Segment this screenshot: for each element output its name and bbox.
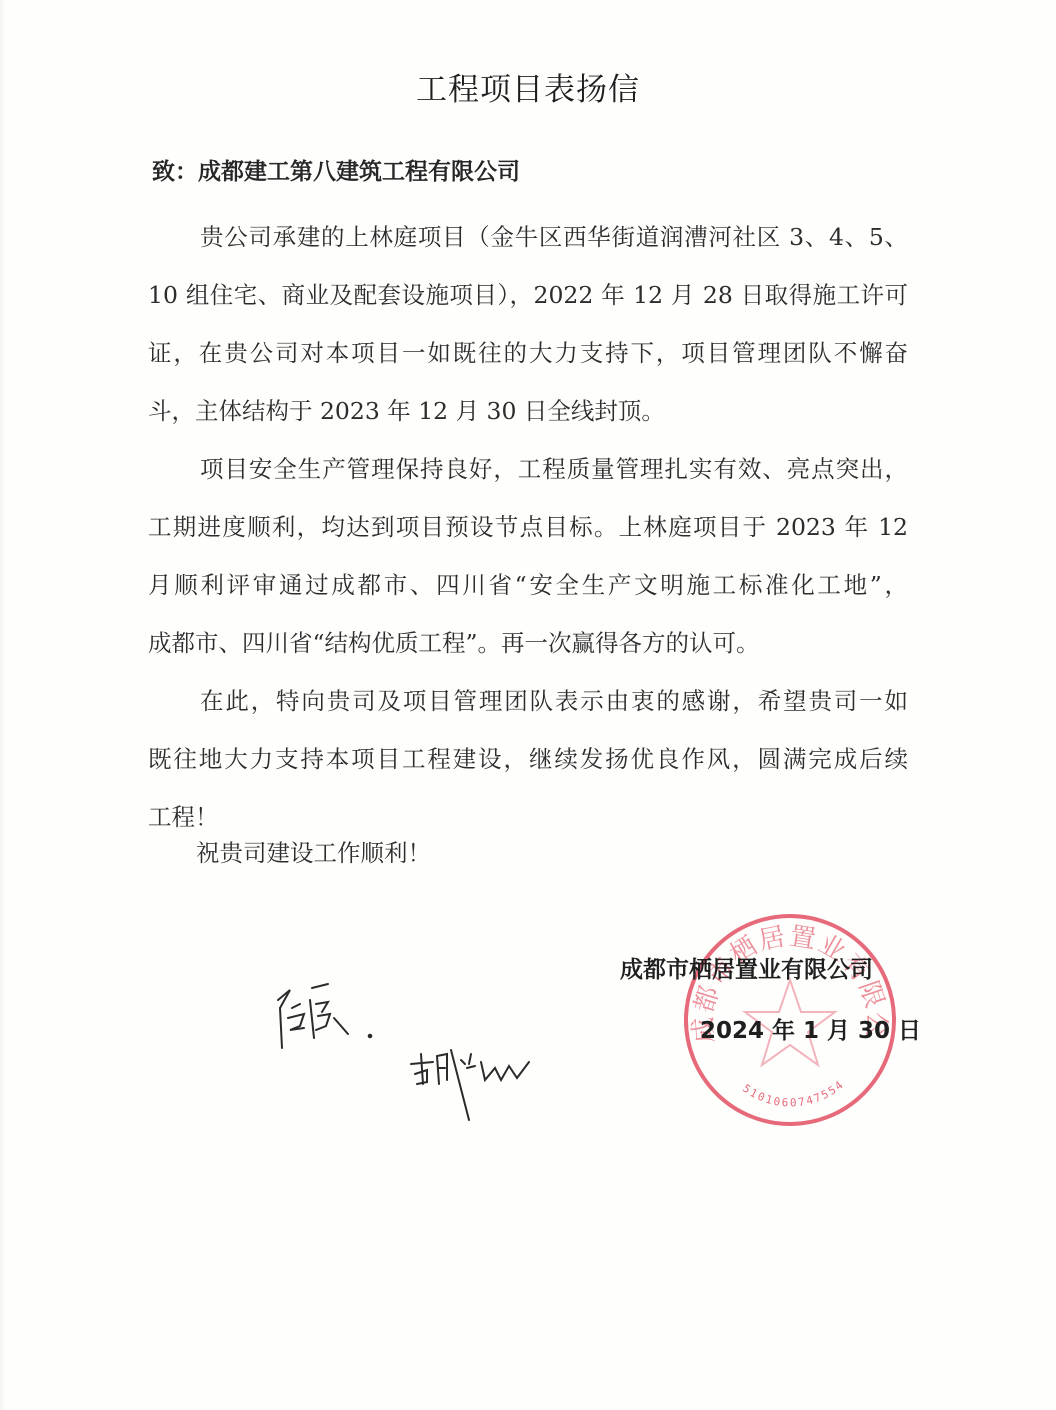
page-edge bbox=[0, 0, 6, 1410]
document-title: 工程项目表扬信 bbox=[0, 64, 1056, 109]
body-line: 贵公司承建的上林庭项目（金牛区西华街道润漕河社区 3、4、5、 bbox=[148, 208, 908, 266]
handwritten-signature-icon bbox=[270, 978, 400, 1058]
svg-text:5101060747554: 5101060747554 bbox=[740, 1077, 847, 1109]
handwritten-signature-icon bbox=[405, 1040, 535, 1130]
recipient-line: 致：成都建工第八建筑工程有限公司 bbox=[152, 153, 520, 186]
body-line: 10 组住宅、商业及配套设施项目），2022 年 12 月 28 日取得施工许可 bbox=[148, 266, 908, 324]
body-line: 证，在贵公司对本项目一如既往的大力支持下，项目管理团队不懈奋 bbox=[148, 324, 908, 382]
signature-date: 2024 年 1 月 30 日 bbox=[700, 1012, 921, 1045]
body-line: 成都市、四川省“结构优质工程”。再一次赢得各方的认可。 bbox=[148, 614, 908, 672]
letter-page: 工程项目表扬信 致：成都建工第八建筑工程有限公司 贵公司承建的上林庭项目（金牛区… bbox=[0, 0, 1056, 1410]
body-line: 项目安全生产管理保持良好，工程质量管理扎实有效、亮点突出， bbox=[148, 440, 908, 498]
letter-body: 贵公司承建的上林庭项目（金牛区西华街道润漕河社区 3、4、5、 10 组住宅、商… bbox=[148, 208, 908, 846]
closing-wish: 祝贵司建设工作顺利！ bbox=[196, 834, 431, 868]
body-line: 斗，主体结构于 2023 年 12 月 30 日全线封顶。 bbox=[148, 382, 908, 440]
body-line: 在此，特向贵司及项目管理团队表示由衷的感谢，希望贵司一如 bbox=[148, 672, 908, 730]
body-line: 月顺利评审通过成都市、四川省“安全生产文明施工标准化工地”， bbox=[148, 556, 908, 614]
signatory-company: 成都市栖居置业有限公司 bbox=[620, 951, 873, 984]
body-line: 既往地大力支持本项目工程建设，继续发扬优良作风，圆满完成后续 bbox=[148, 730, 908, 788]
body-line: 工期进度顺利，均达到项目预设节点目标。上林庭项目于 2023 年 12 bbox=[148, 498, 908, 556]
